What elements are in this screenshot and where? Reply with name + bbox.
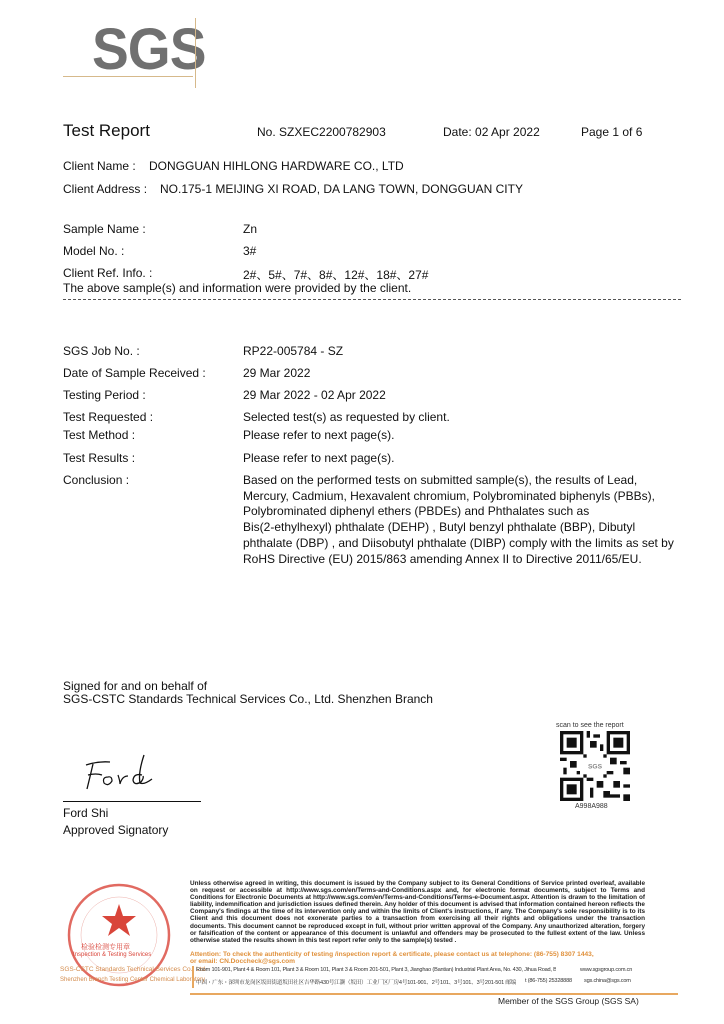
test-requested-value: Selected test(s) as requested by client. (243, 410, 450, 424)
footer-website[interactable]: www.sgsgroup.com.cn (580, 967, 632, 973)
qr-code[interactable]: SGS (560, 731, 630, 801)
client-name-value: DONGGUAN HIHLONG HARDWARE CO., LTD (149, 159, 404, 173)
address-chinese: 中国・广东・深圳市龙岗区坂田街道坂田社区吉华路430号江灏（坂田）工业厂区厂房4… (196, 978, 516, 986)
handwritten-signature (78, 745, 178, 795)
sgs-group-membership: Member of the SGS Group (SGS SA) (498, 996, 639, 1006)
client-address-label: Client Address : (63, 182, 147, 196)
conclusion-line: phthalate (DBP) , and Diisobutyl phthala… (243, 536, 683, 552)
sample-note: The above sample(s) and information were… (63, 281, 411, 295)
footer-telephone: t (86-755) 25328888 (525, 978, 572, 984)
date-received-label: Date of Sample Received : (63, 366, 206, 380)
page-indicator: Page 1 of 6 (581, 125, 642, 139)
legal-disclaimer: Unless otherwise agreed in writing, this… (190, 880, 645, 944)
test-method-value: Please refer to next page(s). (243, 428, 394, 442)
footer-rule (190, 993, 678, 995)
seal-branch-line: Shenzhen Branch Testing Center Chemical … (60, 977, 205, 983)
signatory-title: Approved Signatory (63, 823, 168, 837)
model-no-label: Model No. : (63, 244, 124, 258)
svg-text:SGS: SGS (588, 764, 603, 771)
logo-rule-horizontal (63, 76, 193, 77)
qr-code-id: A998A988 (575, 803, 608, 810)
conclusion-line: RoHS Directive (EU) 2015/863 amending An… (243, 552, 683, 568)
conclusion-text: Based on the performed tests on submitte… (243, 473, 683, 567)
job-no-value: RP22-005784 - SZ (243, 344, 343, 358)
client-ref-label: Client Ref. Info. : (63, 266, 152, 280)
authenticity-notice: Attention: To check the authenticity of … (190, 951, 650, 966)
qr-caption: scan to see the report (556, 722, 624, 729)
section-divider (63, 299, 681, 300)
conclusion-line: Polybrominated diphenyl ethers (PBDEs) a… (243, 504, 683, 520)
conclusion-line: Based on the performed tests on submitte… (243, 473, 683, 489)
signed-behalf-line1: Signed for and on behalf of (63, 679, 207, 693)
address-accent-bar (192, 966, 194, 988)
footer-email[interactable]: sgs.china@sgs.com (584, 978, 631, 984)
authenticity-line1: Attention: To check the authenticity of … (190, 951, 650, 958)
authenticity-email[interactable]: or email: CN.Doccheck@sgs.com (190, 958, 650, 965)
test-results-label: Test Results : (63, 451, 135, 465)
sample-name-label: Sample Name : (63, 222, 146, 236)
seal-center-en: Inspection & Testing Services (73, 952, 151, 958)
client-address-value: NO.175-1 MEIJING XI ROAD, DA LANG TOWN, … (160, 182, 523, 196)
date-received-value: 29 Mar 2022 (243, 366, 310, 380)
client-name-label: Client Name : (63, 159, 136, 173)
signatory-name: Ford Shi (63, 806, 108, 820)
conclusion-line: Bis(2-ethylhexyl) phthalate (DEHP) , But… (243, 520, 683, 536)
report-number: No. SZXEC2200782903 (257, 125, 386, 139)
report-date: Date: 02 Apr 2022 (443, 125, 540, 139)
model-no-value: 3# (243, 244, 256, 258)
test-requested-label: Test Requested : (63, 410, 153, 424)
address-english: Room 101-901, Plant 4 & Room 101, Plant … (196, 967, 556, 973)
job-no-label: SGS Job No. : (63, 344, 140, 358)
seal-company-line: SGS-CSTC Standards Technical Services Co… (60, 966, 207, 973)
signature-line (63, 801, 201, 802)
testing-period-value: 29 Mar 2022 - 02 Apr 2022 (243, 388, 386, 402)
conclusion-line: Mercury, Cadmium, Hexavalent chromium, P… (243, 489, 683, 505)
report-title: Test Report (63, 121, 150, 141)
logo-rule-vertical (195, 18, 196, 88)
signed-behalf-line2: SGS-CSTC Standards Technical Services Co… (63, 692, 433, 706)
sgs-logo: SGS (92, 18, 206, 82)
sample-name-value: Zn (243, 222, 257, 236)
seal-center-cn: 检验检测专用章 (81, 942, 130, 952)
conclusion-label: Conclusion : (63, 473, 129, 487)
official-seal-stamp (64, 880, 174, 990)
testing-period-label: Testing Period : (63, 388, 146, 402)
test-results-value: Please refer to next page(s). (243, 451, 394, 465)
test-method-label: Test Method : (63, 428, 135, 442)
